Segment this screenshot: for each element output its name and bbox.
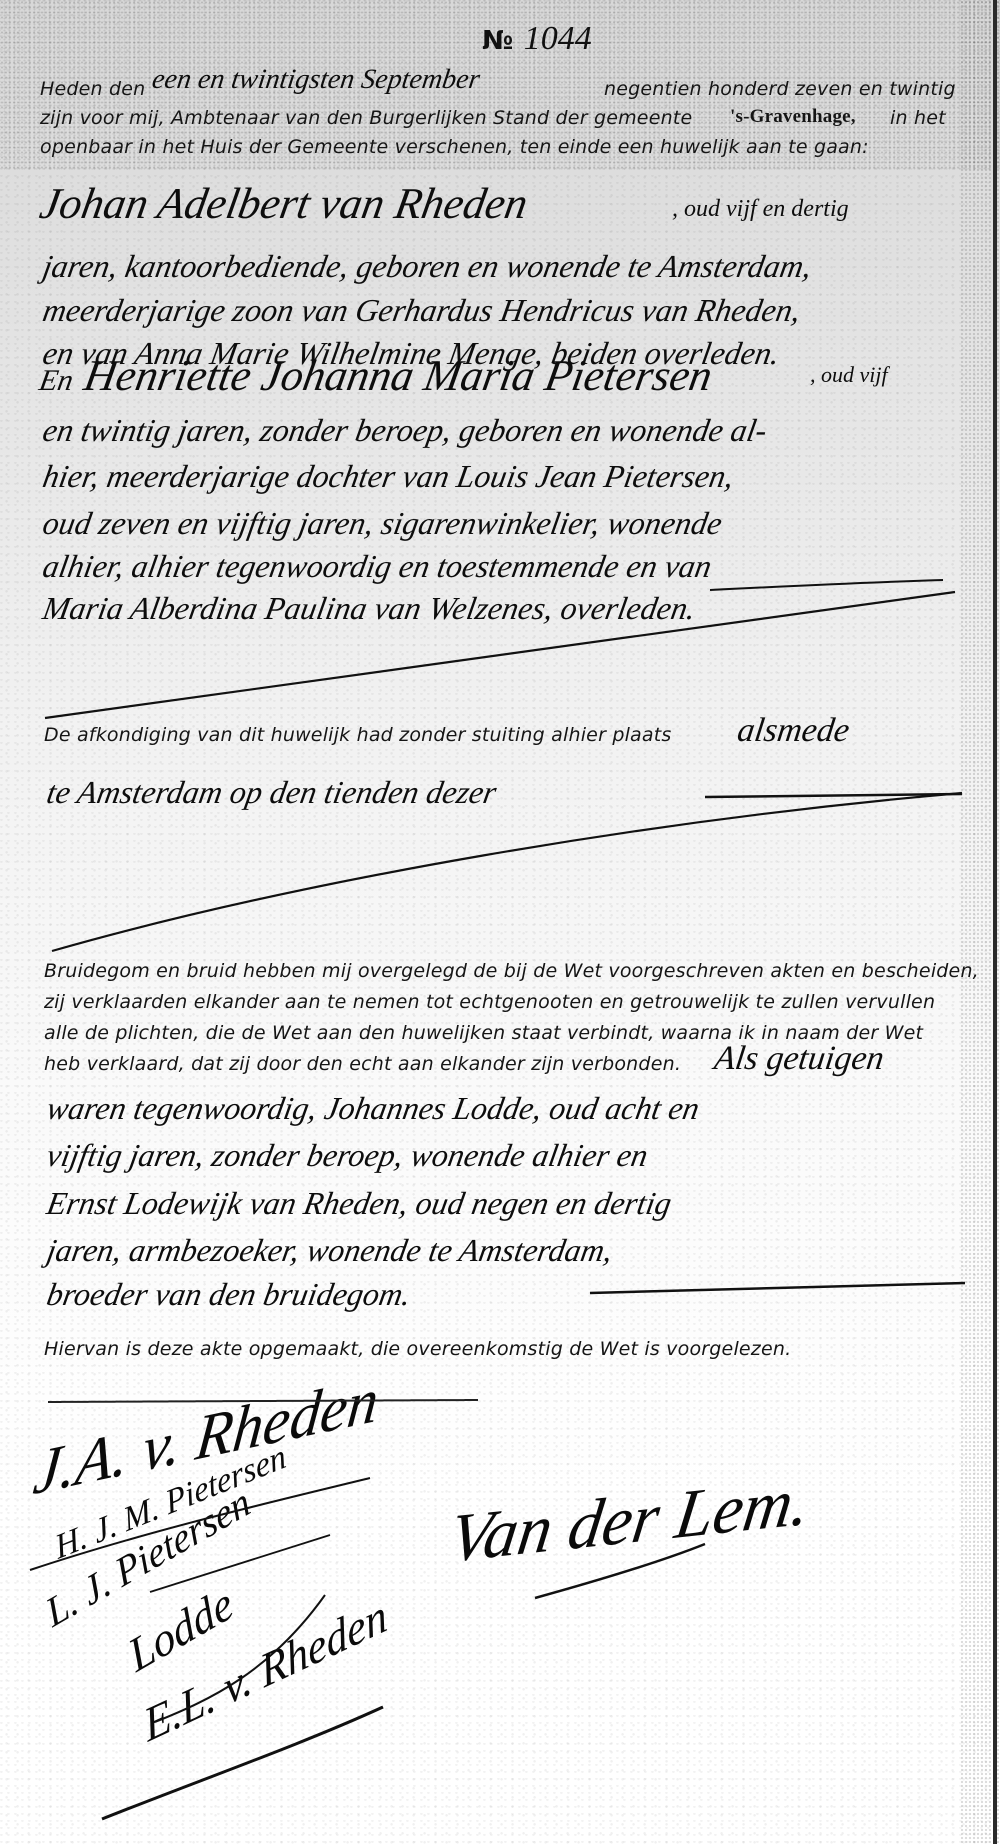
bride-line-5: alhier, alhier tegenwoordig en toestemme… — [40, 548, 715, 585]
number-sign: № — [482, 26, 513, 56]
groom-line-2: jaren, kantoorbediende, geboren en wonen… — [40, 248, 815, 285]
bride-line-2: en twintig jaren, zonder beroep, geboren… — [40, 412, 770, 449]
intro-line-2-end: in het — [890, 107, 946, 129]
intro-line-1-end: negentien honderd zeven en twintig — [604, 78, 956, 100]
proclamation-hand-2: te Amsterdam op den tienden dezer — [44, 774, 499, 811]
groom-line-3: meerderjarige zoon van Gerhardus Hendric… — [40, 292, 803, 329]
scan-edge-border — [993, 0, 997, 1844]
intro-line-3: openbaar in het Huis der Gemeente versch… — [40, 136, 869, 158]
declaration-hand-continuation: Als getuigen — [712, 1040, 886, 1078]
witness-line-3: Ernst Lodewijk van Rheden, oud negen en … — [44, 1185, 674, 1222]
bride-line-3: hier, meerderjarige dochter van Louis Je… — [40, 458, 737, 495]
closing-statement: Hiervan is deze akte opgemaakt, die over… — [44, 1338, 791, 1360]
declaration-line-4: heb verklaard, dat zij door den echt aan… — [44, 1053, 681, 1075]
bride-name: Henriette Johanna Maria Pietersen — [81, 351, 716, 400]
witness-line-1: waren tegenwoordig, Johannes Lodde, oud … — [44, 1090, 702, 1127]
intro-line-2-start: zijn voor mij, Ambtenaar van den Burgerl… — [40, 107, 692, 129]
witness-line-2: vijftig jaren, zonder beroep, wonende al… — [44, 1137, 651, 1174]
document-page: № 1044 Heden den een en twintigsten Sept… — [0, 0, 1000, 1844]
number-value: 1044 — [524, 20, 592, 57]
declaration-line-1: Bruidegom en bruid hebben mij overgelegd… — [44, 960, 979, 982]
proclamation-printed: De afkondiging van dit huwelijk had zond… — [44, 724, 672, 746]
bride-line-1: , oud vijf — [810, 362, 888, 388]
bride-line-4: oud zeven en vijftig jaren, sigarenwinke… — [40, 505, 725, 542]
bride-prefix-and-name: En Henriette Johanna Maria Pietersen — [36, 350, 716, 401]
bride-prefix: En — [37, 364, 76, 397]
groom-name: Johan Adelbert van Rheden — [36, 178, 532, 229]
proclamation-hand-1: alsmede — [735, 712, 852, 750]
signature-registrar: Van der Lem. — [445, 1461, 815, 1579]
municipality-name: 's-Gravenhage, — [730, 106, 856, 128]
witness-line-4: jaren, armbezoeker, wonende te Amsterdam… — [44, 1232, 615, 1269]
intro-line-1-start: Heden den — [40, 78, 145, 100]
groom-line-1: , oud vijf en dertig — [672, 196, 849, 223]
declaration-line-2: zij verklaarden elkander aan te nemen to… — [44, 991, 935, 1013]
witness-line-5: broeder van den bruidegom. — [44, 1276, 414, 1313]
certificate-number: № 1044 — [482, 20, 592, 58]
marriage-date-handwritten: een en twintigsten September — [150, 64, 482, 96]
bride-line-6: Maria Alberdina Paulina van Welzenes, ov… — [40, 590, 699, 627]
